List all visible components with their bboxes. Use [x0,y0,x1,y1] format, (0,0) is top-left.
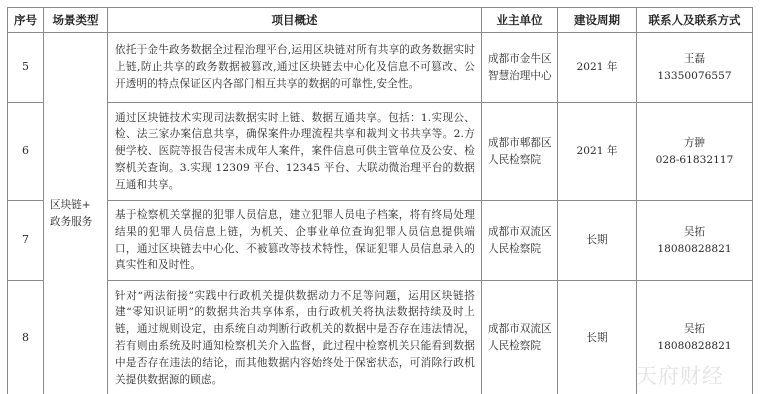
contact-cell: 王磊 13350076557 [637,33,753,103]
owner-unit: 成都市郫都区人民检察院 [482,103,558,201]
contact-phone: 13350076557 [637,68,752,85]
header-period: 建设周期 [558,8,637,33]
watermark: 天府财经 [636,360,724,390]
build-period: 长期 [558,201,637,281]
table-row: 7 基于检察机关掌握的犯罪人员信息，建立犯罪人员电子档案，将有终局处理结果的犯罪… [8,201,753,281]
contact-cell: 吴拓 18080828821 [637,201,753,281]
scene-type-line: 政务服务 [50,214,107,231]
contact-name: 方翀 [637,135,752,152]
table-row: 5 区块链+ 政务服务 依托于金牛政务数据全过程治理平台,运用区块链对所有共享的… [8,33,753,103]
owner-unit: 成都市双流区人民检察院 [482,201,558,281]
contact-phone: 028-61832117 [637,152,752,169]
build-period: 2021 年 [558,103,637,201]
row-number: 7 [8,201,44,281]
project-description: 依托于金牛政务数据全过程治理平台,运用区块链对所有共享的政务数据实时上链,防止共… [108,33,482,103]
project-description: 通过区块链技术实现司法数据实时上链、数据互通共享。包括：1.实现公、检、法三家办… [108,103,482,201]
header-contact: 联系人及联系方式 [637,8,753,33]
header-owner: 业主单位 [482,8,558,33]
contact-name: 吴拓 [637,224,752,241]
project-description: 针对“两法衔接”实践中行政机关提供数据动力不足等问题，运用区块链搭建“零知识证明… [108,281,482,394]
header-scene-type: 场景类型 [44,8,108,33]
build-period: 2021 年 [558,33,637,103]
project-table: 序号 场景类型 项目概述 业主单位 建设周期 联系人及联系方式 5 区块链+ 政… [7,7,753,394]
scene-type-cell: 区块链+ 政务服务 [44,33,108,394]
scene-type-line: 区块链+ [50,197,107,214]
row-number: 8 [8,281,44,394]
contact-phone: 18080828821 [637,338,752,355]
contact-name: 王磊 [637,51,752,68]
project-description: 基于检察机关掌握的犯罪人员信息，建立犯罪人员电子档案，将有终局处理结果的犯罪人员… [108,201,482,281]
row-number: 6 [8,103,44,201]
header-no: 序号 [8,8,44,33]
row-number: 5 [8,33,44,103]
table-row: 6 通过区块链技术实现司法数据实时上链、数据互通共享。包括：1.实现公、检、法三… [8,103,753,201]
owner-unit: 成都市双流区人民检察院 [482,281,558,394]
header-description: 项目概述 [108,8,482,33]
contact-name: 吴拓 [637,321,752,338]
contact-phone: 18080828821 [637,241,752,258]
contact-cell: 方翀 028-61832117 [637,103,753,201]
build-period: 长期 [558,281,637,394]
header-row: 序号 场景类型 项目概述 业主单位 建设周期 联系人及联系方式 [8,8,753,33]
owner-unit: 成都市金牛区智慧治理中心 [482,33,558,103]
